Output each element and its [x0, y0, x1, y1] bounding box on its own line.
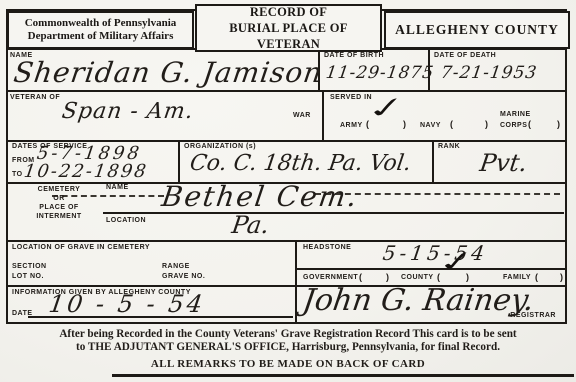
rank-value: Pvt. [478, 149, 529, 177]
government-label: GOVERNMENT [303, 274, 358, 281]
interment-side-line4: INTERMENT [16, 212, 102, 221]
cemetery-name-label: NAME [106, 184, 129, 191]
county-checkmark: ✓ [436, 247, 479, 278]
paren-close: ) [557, 119, 560, 129]
to-value: 10-22-1898 [23, 161, 150, 182]
grave-location-cell: LOCATION OF GRAVE IN CEMETERY SECTION LO… [7, 240, 295, 285]
rank-label: RANK [438, 143, 460, 150]
war-label: WAR [293, 112, 311, 119]
information-cell: INFORMATION GIVEN BY ALLEGHENY COUNTY DA… [7, 285, 295, 322]
card-title-line1: RECORD OF [250, 4, 327, 20]
grave-location-title: LOCATION OF GRAVE IN CEMETERY [12, 244, 150, 251]
card-title-box: RECORD OF BURIAL PLACE OF VETERAN [195, 4, 382, 52]
navy-checkbox: ( ) [450, 119, 488, 129]
family-checkbox: ( ) [535, 272, 563, 282]
date-of-birth-value: 11-29-1875 [325, 63, 436, 83]
interment-side-line2: OR [16, 194, 102, 203]
dates-of-service-cell: DATES OF SERVICE FROM 5-7-1898 TO 10-22-… [7, 140, 178, 182]
cemetery-name-value: Bethel Cem. [160, 180, 361, 213]
interment-side-line3: PLACE OF [16, 203, 102, 212]
navy-label: NAVY [420, 122, 441, 129]
range-label: RANGE [162, 263, 190, 270]
organization-cell: ORGANIZATION (s) Co. C. 18th. Pa. Vol. [178, 140, 432, 182]
paren-close: ) [560, 272, 563, 282]
cemetery-location-value: Pa. [230, 211, 271, 239]
interment-side-label: CEMETERY OR PLACE OF INTERMENT [16, 185, 102, 221]
agency-name-line1: Commonwealth of Pennsylvania [25, 17, 177, 30]
paren-close: ) [403, 119, 406, 129]
government-checkbox: ( ) [359, 272, 389, 282]
served-in-cell: SERVED IN ARMY ( ) ✓ NAVY ( ) MARINE COR… [322, 90, 566, 140]
paren-open: ( [535, 272, 538, 282]
burial-record-card: Commonwealth of Pennsylvania Department … [0, 0, 576, 382]
footer-remarks-note: ALL REMARKS TO BE MADE ON BACK OF CARD [0, 358, 576, 370]
county-name: ALLEGHENY COUNTY [395, 22, 559, 38]
paren-close: ) [386, 272, 389, 282]
to-label: TO [12, 171, 23, 178]
county-header-box: ALLEGHENY COUNTY [384, 11, 570, 49]
paren-close: ) [466, 272, 469, 282]
cemetery-location-label: LOCATION [106, 217, 146, 224]
registrar-label: REGISTRAR [510, 312, 556, 319]
name-value: Sheridan G. Jamison [12, 56, 325, 89]
county-label: COUNTY [401, 274, 434, 281]
paren-open: ( [359, 272, 362, 282]
grave-no-label: GRAVE NO. [162, 273, 205, 280]
paren-close: ) [485, 119, 488, 129]
information-date-value: 10 - 5 - 54 [47, 290, 207, 318]
veteran-of-label: VETERAN OF [10, 94, 60, 101]
marine-corps-label-line1: MARINE [500, 111, 531, 118]
footer-instruction-line1: After being Recorded in the County Veter… [0, 328, 576, 340]
bottom-rule [112, 374, 574, 377]
paren-open: ( [528, 119, 531, 129]
organization-label: ORGANIZATION (s) [184, 143, 256, 150]
agency-name-line2: Department of Military Affairs [28, 30, 174, 43]
agency-header-box: Commonwealth of Pennsylvania Department … [7, 11, 194, 49]
registrar-signature: John G. Rainey. [301, 283, 536, 318]
card-title-line2: BURIAL PLACE OF VETERAN [197, 20, 380, 52]
registrar-cell: John G. Rainey. REGISTRAR [297, 285, 566, 322]
marine-corps-label-line2: CORPS [500, 122, 527, 129]
grid-line [6, 322, 567, 324]
family-label: FAMILY [503, 274, 531, 281]
headstone-cell: HEADSTONE 5-15-54 GOVERNMENT ( ) COUNTY … [297, 240, 566, 285]
organization-value: Co. C. 18th. Pa. Vol. [188, 151, 412, 176]
section-label: SECTION [12, 263, 47, 270]
paren-open: ( [450, 119, 453, 129]
headstone-label: HEADSTONE [303, 244, 351, 251]
date-of-death-value: 7-21-1953 [440, 63, 539, 83]
war-value: Span - Am. [60, 99, 195, 124]
footer-instruction-line2: to THE ADJUTANT GENERAL'S OFFICE, Harris… [0, 341, 576, 353]
army-label: ARMY [340, 122, 363, 129]
date-label: DATE [12, 310, 33, 317]
date-of-death-label: DATE OF DEATH [434, 52, 496, 59]
lot-no-label: LOT NO. [12, 273, 44, 280]
marine-corps-checkbox: ( ) [528, 119, 560, 129]
date-of-birth-label: DATE OF BIRTH [324, 52, 384, 59]
interment-side-line1: CEMETERY [16, 185, 102, 194]
rank-cell: RANK Pvt. [432, 140, 566, 182]
